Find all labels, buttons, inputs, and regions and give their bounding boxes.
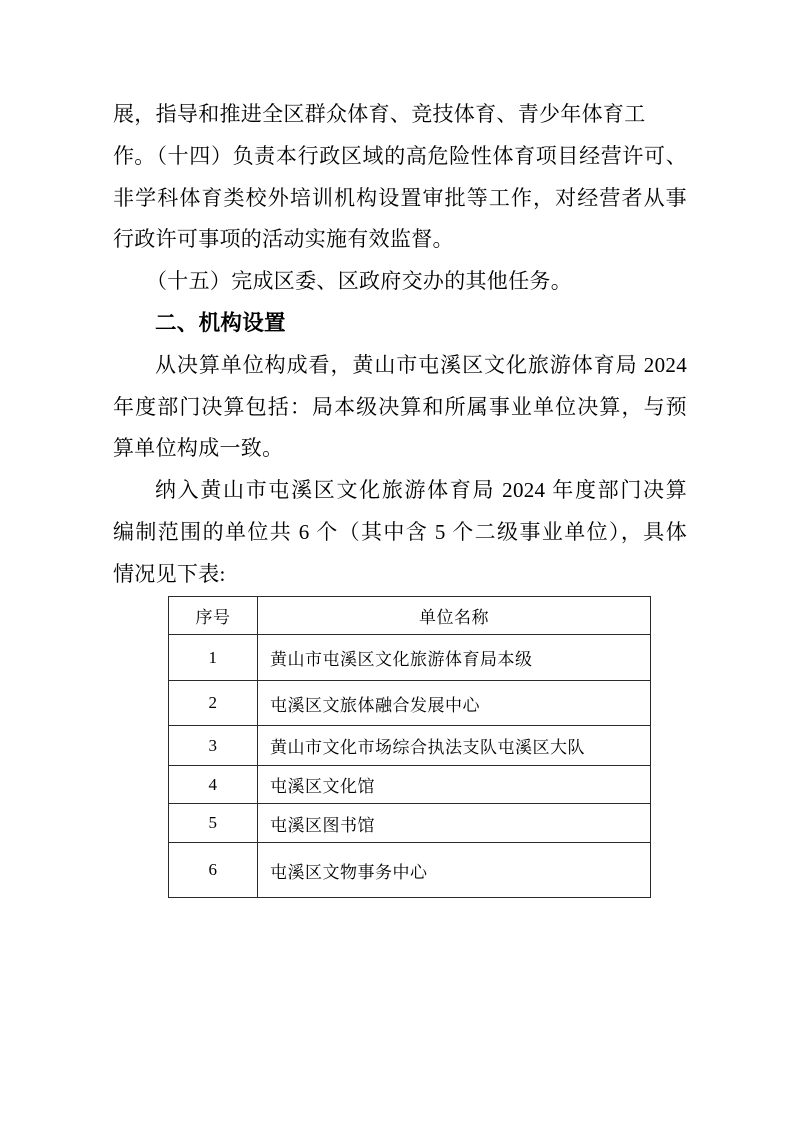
row-no: 4 <box>169 766 258 804</box>
body-line: 行政许可事项的活动实施有效监督。 <box>113 219 687 261</box>
col-header-name: 单位名称 <box>258 597 651 635</box>
body-line: （十五）完成区委、区政府交办的其他任务。 <box>113 261 687 303</box>
table-row: 1 黄山市屯溪区文化旅游体育局本级 <box>169 635 651 681</box>
row-no: 2 <box>169 681 258 726</box>
table-row: 5 屯溪区图书馆 <box>169 804 651 843</box>
table-row: 3 黄山市文化市场综合执法支队屯溪区大队 <box>169 726 651 766</box>
table-header-row: 序号 单位名称 <box>169 597 651 635</box>
row-no: 3 <box>169 726 258 766</box>
row-no: 1 <box>169 635 258 681</box>
row-no: 6 <box>169 843 258 898</box>
table-row: 6 屯溪区文物事务中心 <box>169 843 651 898</box>
body-line: 非学科体育类校外培训机构设置审批等工作，对经营者从事 <box>113 178 687 220</box>
body-line: （十四）负责本行政区域的高危险性体育项目经营许可、 <box>113 136 687 178</box>
table-row: 4 屯溪区文化馆 <box>169 766 651 804</box>
document-content: 展，指导和推进全区群众体育、竞技体育、青少年体育工作。 （十四）负责本行政区域的… <box>113 94 687 596</box>
row-name: 黄山市屯溪区文化旅游体育局本级 <box>258 635 651 681</box>
row-name: 屯溪区文物事务中心 <box>258 843 651 898</box>
table-row: 2 屯溪区文旅体融合发展中心 <box>169 681 651 726</box>
section-heading: 二、机构设置 <box>113 303 687 345</box>
units-table: 序号 单位名称 1 黄山市屯溪区文化旅游体育局本级 2 屯溪区文旅体融合发展中心… <box>168 596 651 898</box>
body-line: 算单位构成一致。 <box>113 428 687 470</box>
body-line: 纳入黄山市屯溪区文化旅游体育局 2024 年度部门决算 <box>113 470 687 512</box>
body-line: 编制范围的单位共 6 个（其中含 5 个二级事业单位），具体 <box>113 512 687 554</box>
row-name: 黄山市文化市场综合执法支队屯溪区大队 <box>258 726 651 766</box>
row-no: 5 <box>169 804 258 843</box>
body-line: 情况见下表: <box>113 554 687 596</box>
col-header-no: 序号 <box>169 597 258 635</box>
row-name: 屯溪区文化馆 <box>258 766 651 804</box>
body-line: 年度部门决算包括：局本级决算和所属事业单位决算，与预 <box>113 387 687 429</box>
body-line: 展，指导和推进全区群众体育、竞技体育、青少年体育工作。 <box>113 94 687 136</box>
document-page: 展，指导和推进全区群众体育、竞技体育、青少年体育工作。 （十四）负责本行政区域的… <box>0 0 793 1122</box>
body-line: 从决算单位构成看，黄山市屯溪区文化旅游体育局 2024 <box>113 345 687 387</box>
row-name: 屯溪区图书馆 <box>258 804 651 843</box>
row-name: 屯溪区文旅体融合发展中心 <box>258 681 651 726</box>
